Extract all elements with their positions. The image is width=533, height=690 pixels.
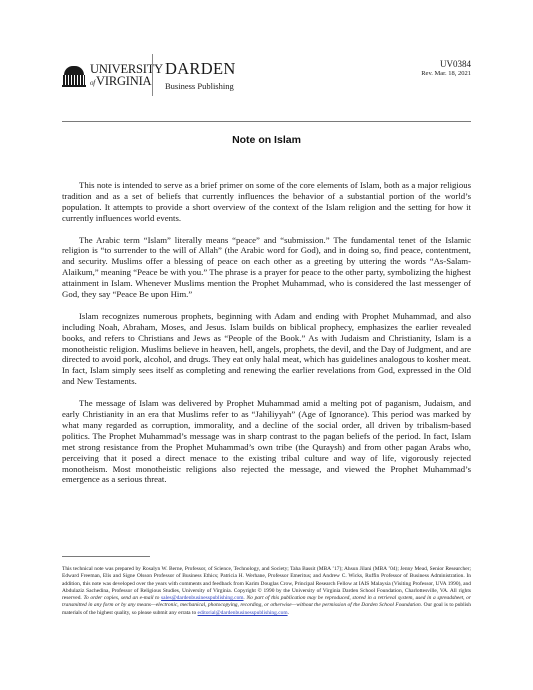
document-number-block: UV0384 Rev. Mar. 18, 2021 (421, 59, 471, 77)
header-divider (62, 121, 471, 122)
editorial-email-link[interactable]: editorial@dardenbusinesspublishing.com (198, 610, 288, 616)
rotunda-icon (62, 66, 86, 86)
darden-name: DARDEN (165, 61, 236, 78)
paragraph: This note is intended to serve as a brie… (62, 180, 471, 224)
darden-logo: DARDEN Business Publishing (165, 61, 236, 91)
uva-logo: UNIVERSITY ofVIRGINIA (62, 64, 163, 88)
sales-email-link[interactable]: sales@dardenbusinesspublishing.com (161, 595, 243, 601)
darden-subtitle: Business Publishing (165, 81, 236, 91)
page-title: Note on Islam (62, 134, 471, 146)
revision-date: Rev. Mar. 18, 2021 (421, 70, 471, 77)
paragraph: The Arabic term “Islam” literally means … (62, 235, 471, 300)
document-id: UV0384 (421, 59, 471, 69)
paragraph: The message of Islam was delivered by Pr… (62, 398, 471, 485)
logo-divider (152, 54, 153, 96)
document-body: This note is intended to serve as a brie… (62, 180, 471, 496)
footnote: This technical note was prepared by Rosa… (62, 566, 471, 617)
paragraph: Islam recognizes numerous prophets, begi… (62, 311, 471, 387)
footnote-divider (62, 556, 150, 557)
